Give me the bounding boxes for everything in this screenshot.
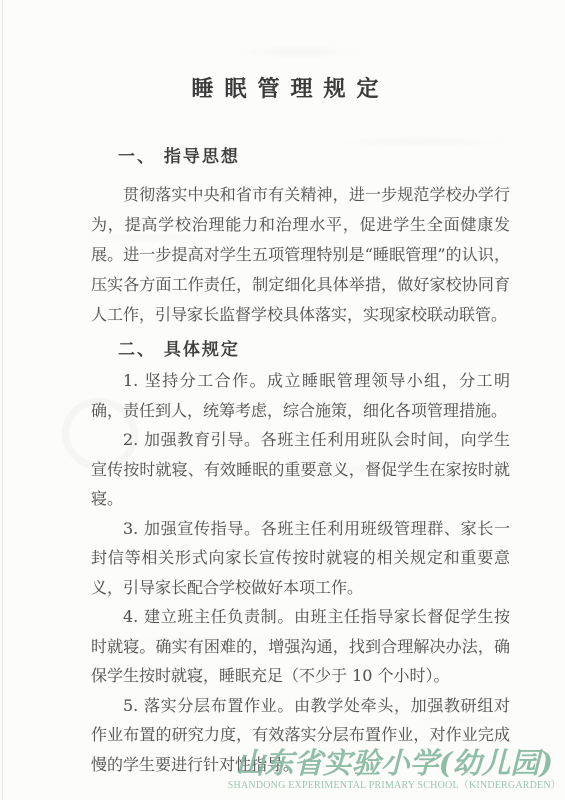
scan-edge-line — [2, 0, 3, 800]
section-1-paragraph: 贯彻落实中央和省市有关精神，进一步规范学校办学行为，提高学校治理能力和治理水平，… — [91, 180, 510, 330]
rule-item-2: 2. 加强教育引导。各班主任利用班队会时间，向学生宣传按时就寝、有效睡眠的重要意… — [91, 425, 510, 514]
section-guiding-ideology: 一、 指导思想 贯彻落实中央和省市有关精神，进一步规范学校办学行为，提高学校治理… — [91, 144, 510, 330]
rule-item-3: 3. 加强宣传指导。各班主任利用班级管理群、家长一封信等相关形式向家长宣传按时就… — [91, 514, 510, 603]
school-name-english: SHANDONG EXPERIMENTAL PRIMARY SCHOOL（KIN… — [228, 780, 561, 792]
section-specific-rules: 二、 具体规定 1. 坚持分工合作。成立睡眠管理领导小组，分工明确，责任到人，统… — [91, 337, 510, 779]
rule-item-1: 1. 坚持分工合作。成立睡眠管理领导小组，分工明确，责任到人，统筹考虑，综合施策… — [91, 366, 510, 425]
section-2-heading: 二、 具体规定 — [118, 337, 510, 363]
school-name-chinese: 山东省实验小学(幼儿园) — [228, 747, 561, 779]
section-1-heading: 一、 指导思想 — [118, 144, 510, 170]
rule-item-4: 4. 建立班主任负责制。由班主任指导家长督促学生按时就寝。确实有困难的，增强沟通… — [91, 602, 510, 691]
document-title: 睡眠管理规定 — [91, 74, 510, 104]
document-page: 睡眠管理规定 一、 指导思想 贯彻落实中央和省市有关精神，进一步规范学校办学行为… — [0, 0, 565, 800]
school-logo: 山东省实验小学(幼儿园) SHANDONG EXPERIMENTAL PRIMA… — [228, 747, 561, 792]
